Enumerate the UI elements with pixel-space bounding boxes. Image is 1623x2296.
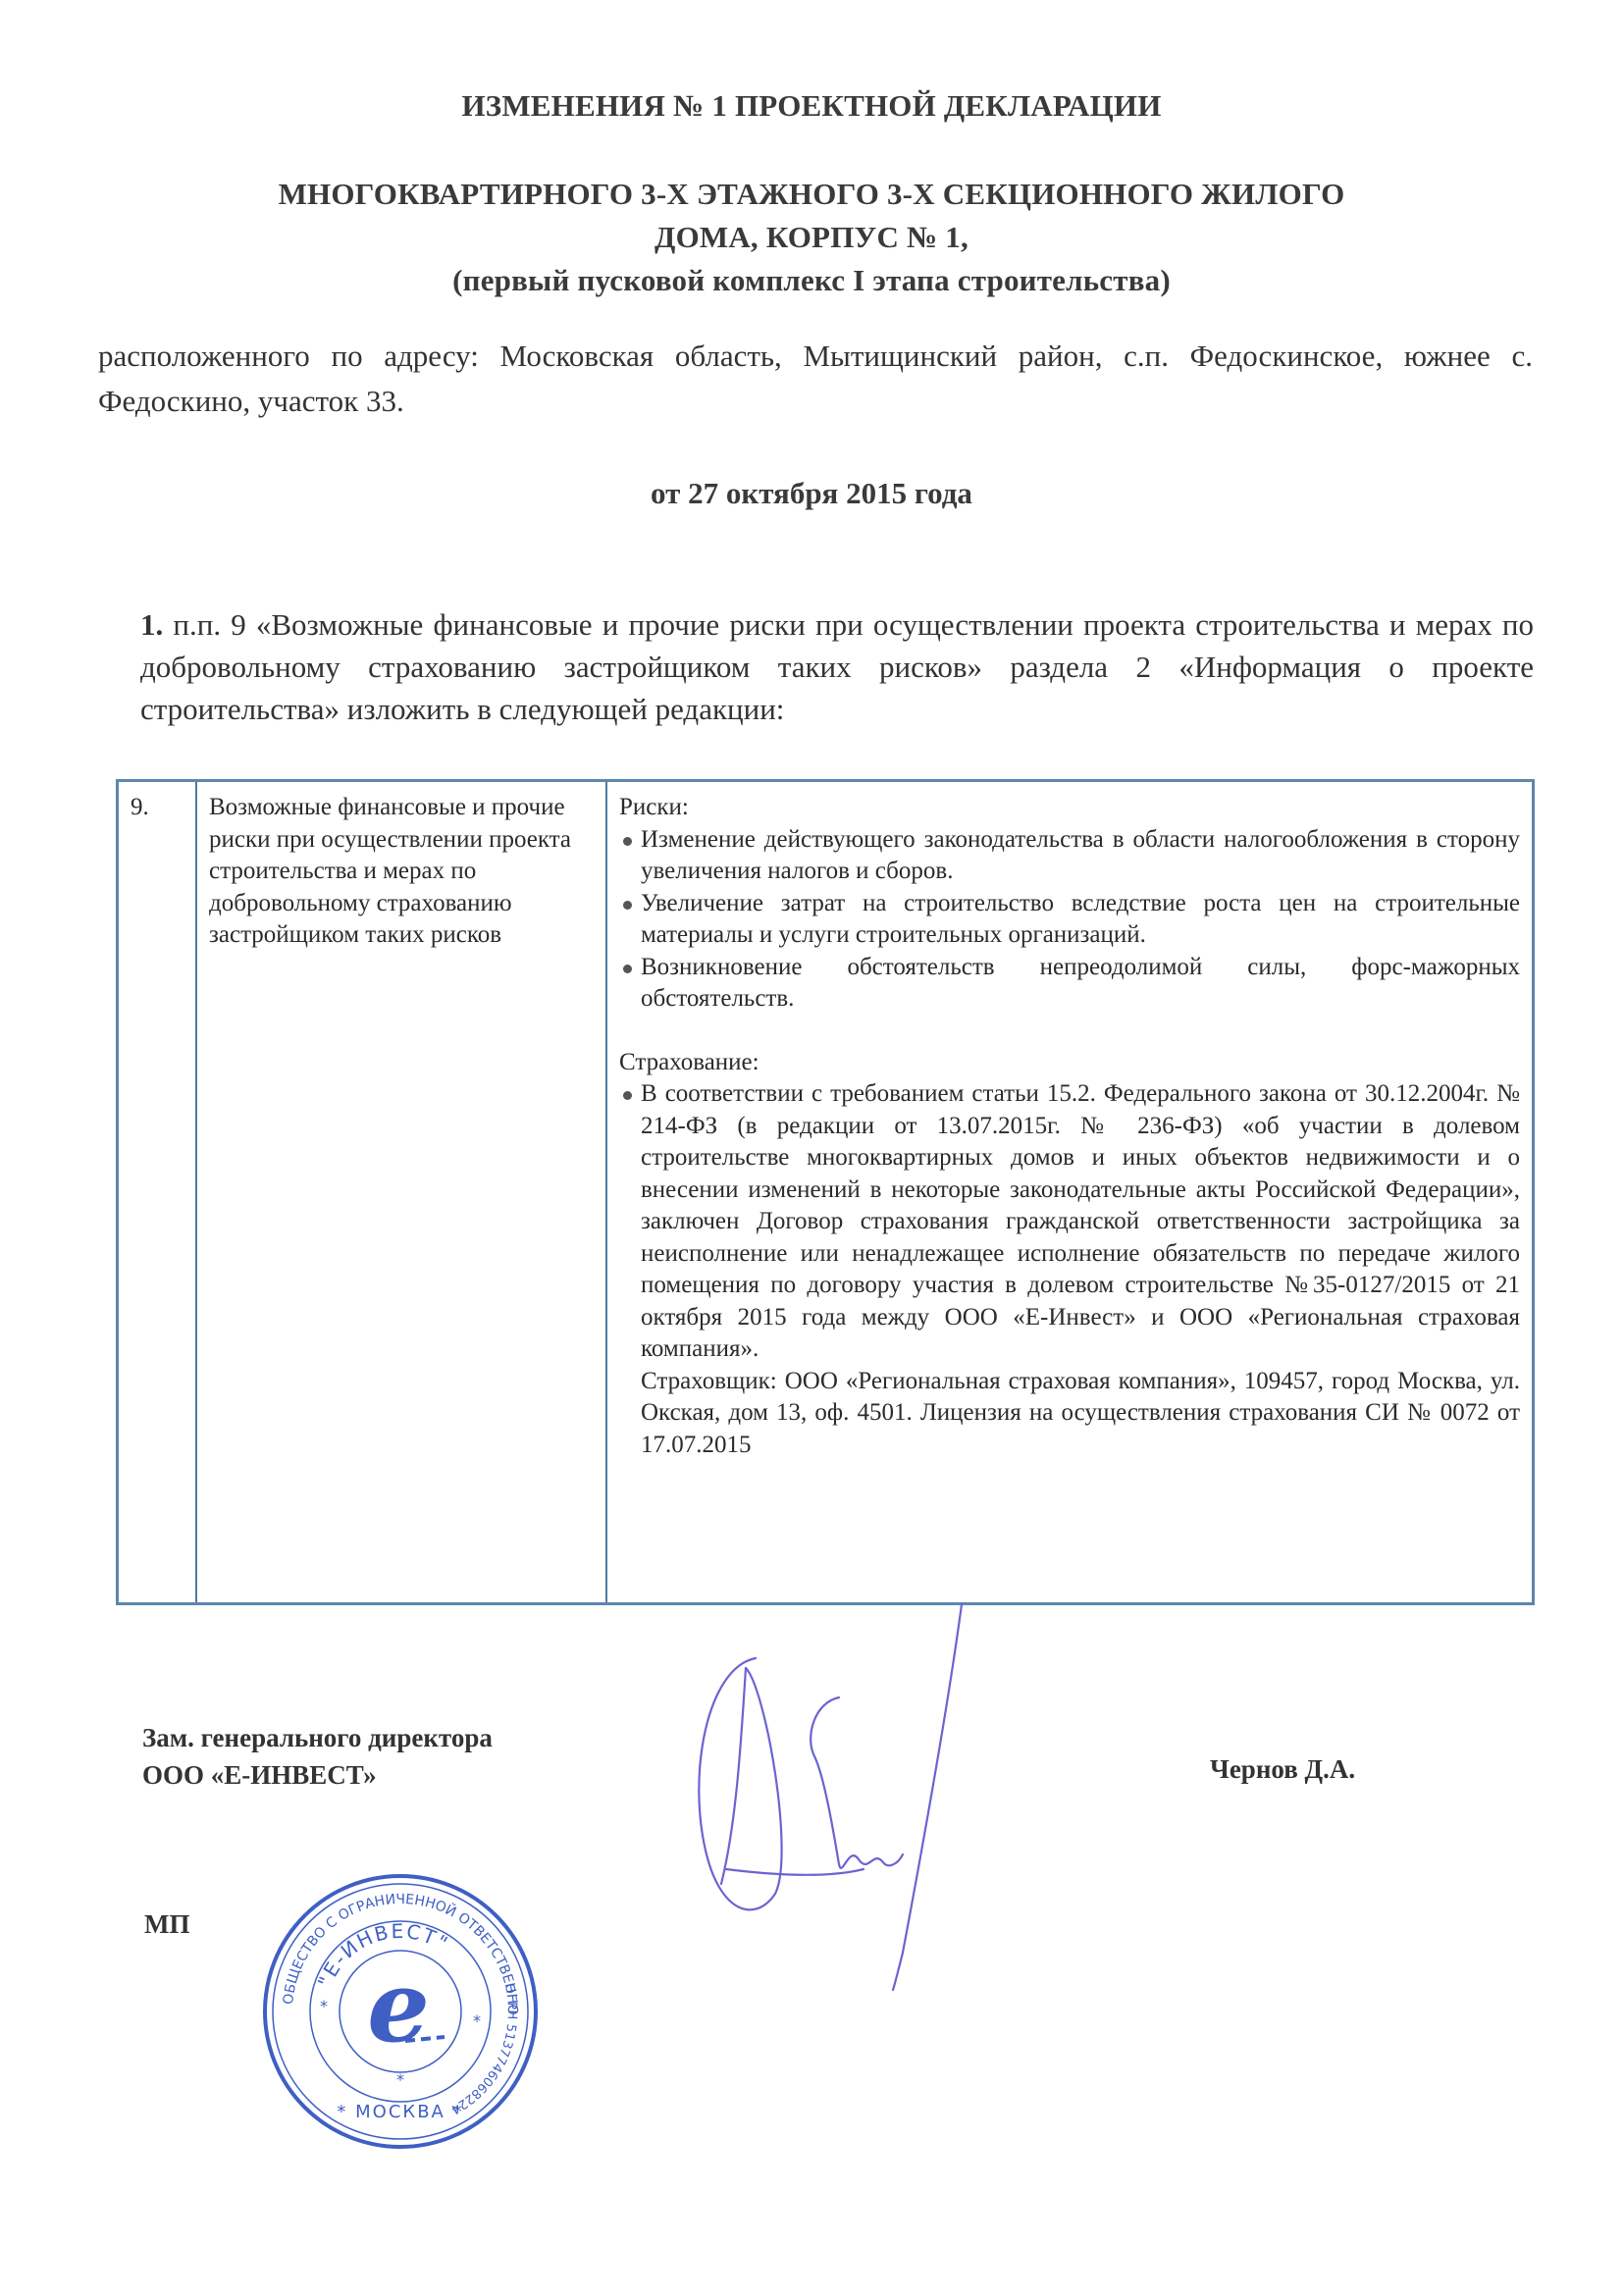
row-number-cell: 9. <box>118 781 197 1604</box>
bullet-icon <box>623 965 632 973</box>
svg-text:*: * <box>396 2070 404 2089</box>
document-subtitle: МНОГОКВАРТИРНОГО 3-Х ЭТАЖНОГО 3-Х СЕКЦИО… <box>0 173 1623 302</box>
svg-text:*: * <box>320 1997 328 2015</box>
risks-label: Риски: <box>619 792 1520 824</box>
bullet-icon <box>623 837 632 846</box>
list-item: В соответствии с требованием статьи 15.2… <box>619 1078 1520 1461</box>
signatory-position: Зам. генерального директора ООО «Е-ИНВЕС… <box>142 1719 493 1794</box>
signatory-name: Чернов Д.А. <box>1210 1754 1355 1785</box>
handwritten-signature-icon <box>667 1599 1040 1992</box>
amendment-text: п.п. 9 «Возможные финансовые и прочие ри… <box>140 607 1534 726</box>
document-title: ИЗМЕНЕНИЯ № 1 ПРОЕКТНОЙ ДЕКЛАРАЦИИ <box>0 88 1623 124</box>
subtitle-line-3: (первый пусковой комплекс I этапа строит… <box>0 259 1623 302</box>
row-title-cell: Возможные финансовые и прочие риски при … <box>196 781 606 1604</box>
seal-place-label: МП <box>144 1909 190 1940</box>
company-stamp-icon: ОБЩЕСТВО С ОГРАНИЧЕННОЙ ОТВЕТСТВЕННОСТЬЮ… <box>253 1864 548 2159</box>
bullet-icon <box>623 901 632 910</box>
document-date: от 27 октября 2015 года <box>0 476 1623 511</box>
subtitle-line-1: МНОГОКВАРТИРНОГО 3-Х ЭТАЖНОГО 3-Х СЕКЦИО… <box>0 173 1623 216</box>
insurer-info: Страховщик: ООО «Региональная страховая … <box>641 1366 1520 1462</box>
position-line-1: Зам. генерального директора <box>142 1719 493 1756</box>
insurance-list: В соответствии с требованием статьи 15.2… <box>619 1078 1520 1461</box>
risks-list: Изменение действующего законодательства … <box>619 824 1520 1016</box>
position-line-2: ООО «Е-ИНВЕСТ» <box>142 1756 493 1794</box>
row-content-cell: Риски: Изменение действующего законодате… <box>606 781 1534 1604</box>
amendment-number: 1. <box>140 607 163 642</box>
list-item: Изменение действующего законодательства … <box>619 824 1520 888</box>
table-row: 9. Возможные финансовые и прочие риски п… <box>118 781 1534 1604</box>
list-item: Возникновение обстоятельств непреодолимо… <box>619 952 1520 1016</box>
stamp-logo: e <box>367 1949 430 2064</box>
list-item: Увеличение затрат на строительство вслед… <box>619 888 1520 952</box>
svg-text:*: * <box>473 2011 481 2030</box>
stamp-city-text: * МОСКВА * <box>337 2102 463 2122</box>
insurance-label: Страхование: <box>619 1047 1520 1079</box>
address-paragraph: расположенного по адресу: Московская обл… <box>98 334 1533 424</box>
declaration-table: 9. Возможные финансовые и прочие риски п… <box>116 779 1535 1605</box>
subtitle-line-2: ДОМА, КОРПУС № 1, <box>0 216 1623 259</box>
amendment-paragraph: 1. п.п. 9 «Возможные финансовые и прочие… <box>140 603 1534 730</box>
bullet-icon <box>623 1091 632 1100</box>
